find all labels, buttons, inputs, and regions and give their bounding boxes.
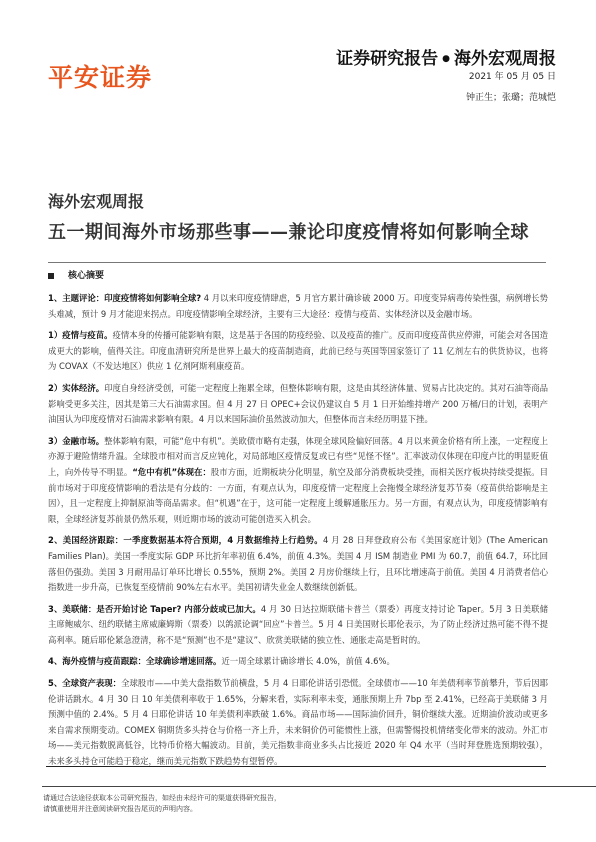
- square-bullet-icon: [48, 273, 54, 279]
- footer-divider: [42, 786, 596, 787]
- paragraph-text: 印度自身经济受创，可能一定程度上拖累全球，但整体影响有限，这是由其经济体量、贸易…: [48, 383, 548, 424]
- section-heading: 核心摘要: [48, 268, 104, 281]
- disclaimer-line: 请通过合法途径获取本公司研究报告，如经由未经许可的渠道获得研究报告，: [43, 793, 281, 804]
- paragraph-economy: 2）实体经济。印度自身经济受创，可能一定程度上拖累全球，但整体影响有限，这是由其…: [48, 381, 548, 428]
- paragraph-us-economy: 2、美国经济跟踪：一季度数据基本符合预期，4 月数据维持上行趋势。4 月 28 …: [48, 533, 548, 595]
- paragraph-vaccine: 1）疫情与疫苗。疫情本身的传播可能影响有限，这是基于各国的防疫经验、以及疫苗的推…: [48, 328, 548, 375]
- report-date: 2021 年 05 月 05 日: [469, 69, 556, 82]
- paragraph-covid-tracking: 4、海外疫情与疫苗跟踪：全球确诊增速回落。近一周全球累计确诊增长 4.0%，前值…: [48, 654, 548, 670]
- section-heading-label: 核心摘要: [68, 271, 104, 281]
- paragraph-lead: 3）金融市场。: [48, 436, 104, 446]
- paragraph-text: 全球股市——中美大盘指数节前横盘，5 月 4 日耶伦讲话引恐慌。全球债市——10…: [48, 678, 548, 766]
- report-title: 五一期间海外市场那些事——兼论印度疫情将如何影响全球: [48, 218, 529, 244]
- paragraph-lead: 5、全球资产表现：: [48, 678, 121, 688]
- footer-disclaimer: 请通过合法途径获取本公司研究报告，如经由未经许可的渠道获得研究报告， 请慎重使用…: [43, 793, 281, 815]
- title-divider: [48, 262, 546, 263]
- report-series-label: 海外宏观周报: [454, 49, 556, 69]
- paragraph-lead: 1）疫情与疫苗。: [48, 330, 112, 340]
- company-logo: 平安证券: [48, 58, 152, 94]
- paragraph-sublead: “危中有机”体现在：: [132, 467, 211, 477]
- body-bottom-divider: [46, 766, 546, 767]
- disclaimer-line: 请慎重使用并注意阅读研究报告尾页的声明内容。: [43, 804, 281, 815]
- report-type-header: 证券研究报告●海外宏观周报: [336, 44, 556, 69]
- paragraph-lead: 2、美国经济跟踪：一季度数据基本符合预期，4 月数据维持上行趋势。: [48, 535, 323, 545]
- report-kicker: 海外宏观周报: [48, 189, 144, 212]
- report-type-label: 证券研究报告: [336, 49, 438, 69]
- paragraph-lead: 4、海外疫情与疫苗跟踪：全球确诊增速回落。: [48, 656, 221, 666]
- paragraph-asset-performance: 5、全球资产表现：全球股市——中美大盘指数节前横盘，5 月 4 日耶伦讲话引恐慌…: [48, 676, 548, 770]
- paragraph-text: 近一周全球累计确诊增长 4.0%，前值 4.6%。: [221, 656, 395, 666]
- paragraph-lead: 3、美联储：是否开始讨论 Taper? 内部分歧或已加大。: [48, 604, 261, 614]
- paragraph-text: 疫情本身的传播可能影响有限，这是基于各国的防疫经验、以及疫苗的推广。反而印度疫苗…: [48, 330, 548, 371]
- paragraph-fed: 3、美联储：是否开始讨论 Taper? 内部分歧或已加大。4 月 30 日达拉斯…: [48, 602, 548, 649]
- summary-body: 1、主题评论：印度疫情将如何影响全球? 4 月以来印度疫情肆虐，5 月官方累计确…: [48, 291, 548, 776]
- paragraph-financial-markets: 3）金融市场。整体影响有限，可能“危中有机”。美欧债市略有走强，体现全球风险偏好…: [48, 434, 548, 528]
- report-authors: 钟正生；张璐；范城恺: [466, 90, 556, 103]
- paragraph-lead: 2）实体经济。: [48, 383, 104, 393]
- paragraph-theme: 1、主题评论：印度疫情将如何影响全球? 4 月以来印度疫情肆虐，5 月官方累计确…: [48, 291, 548, 322]
- separator-dot-icon: ●: [442, 54, 450, 64]
- paragraph-lead: 1、主题评论：印度疫情将如何影响全球?: [48, 293, 201, 303]
